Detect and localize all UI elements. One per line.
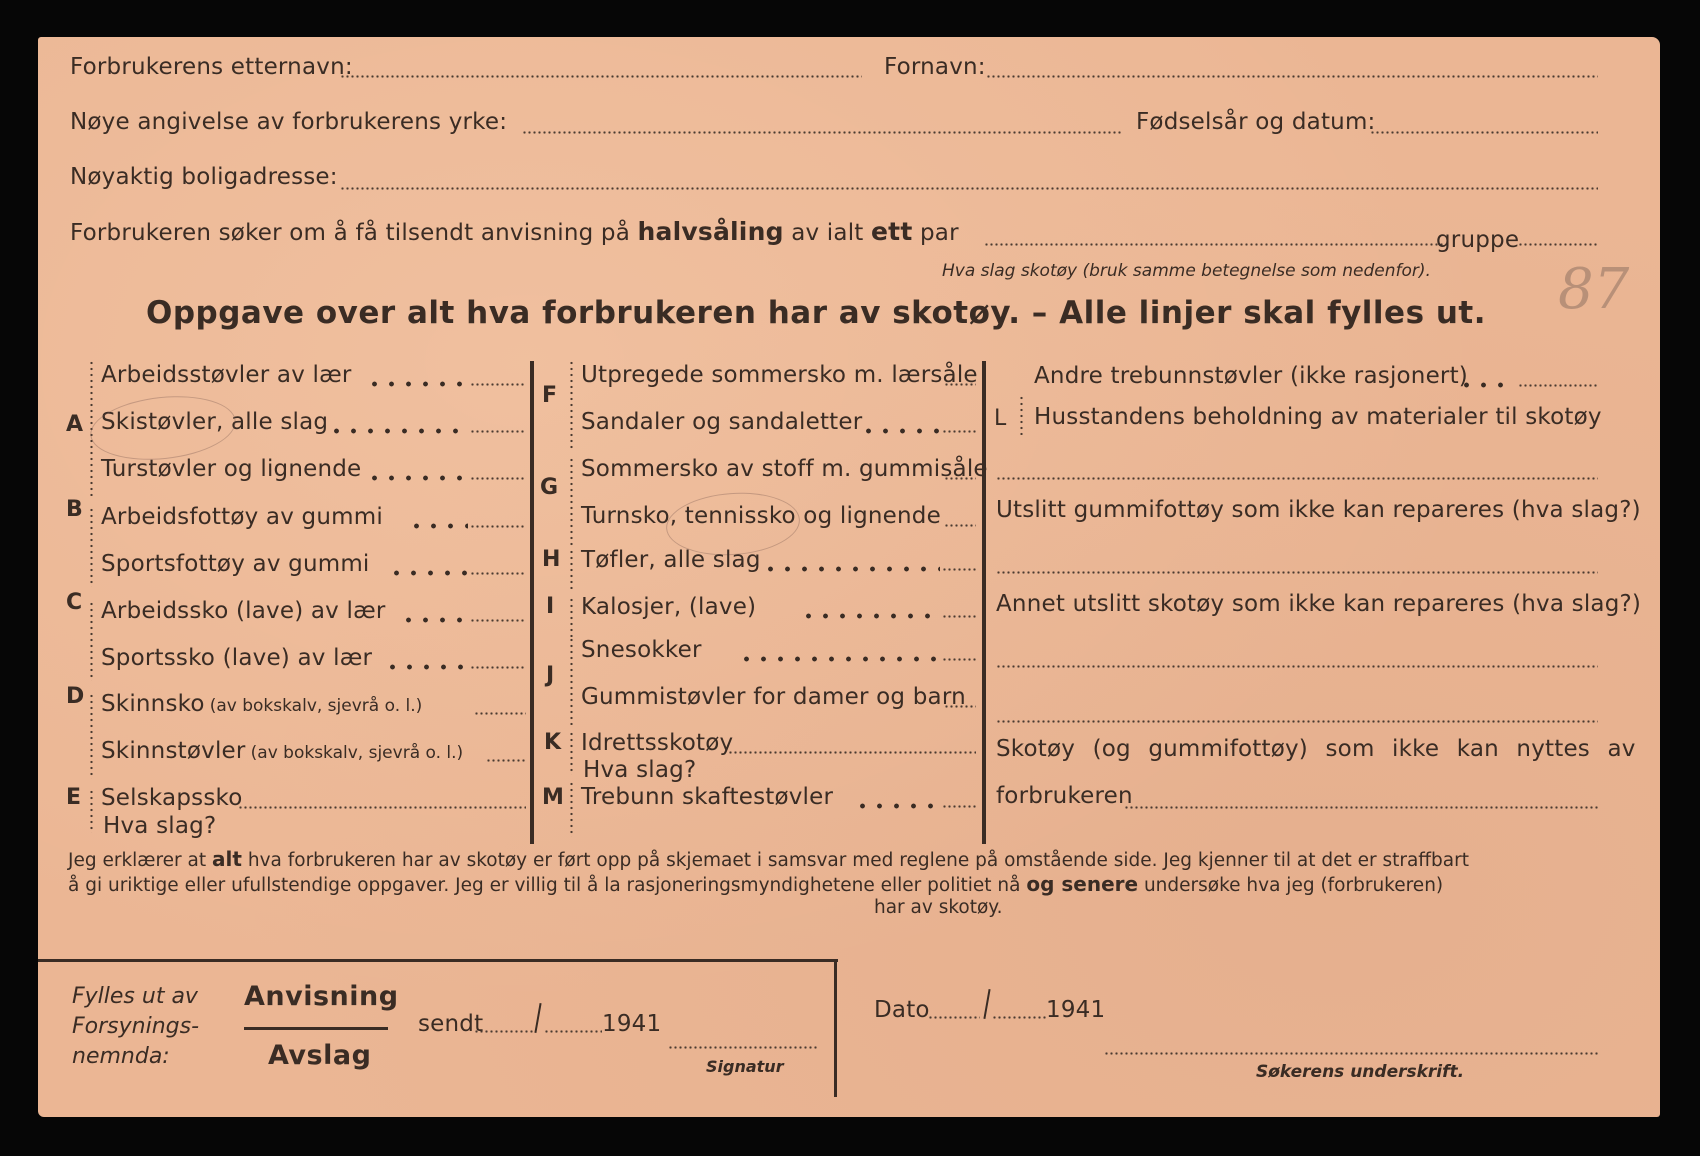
group-bracket-e (90, 789, 93, 833)
field-sandaler[interactable] (942, 430, 976, 433)
field-trebunn-skaftestovler[interactable] (942, 805, 976, 808)
field-sommersko-stoff[interactable] (944, 477, 976, 480)
rejected-option[interactable]: Avslag (268, 1040, 371, 1071)
office-label-line: Forsynings- (72, 1012, 232, 1042)
office-label-line: nemnda: (72, 1042, 232, 1072)
group-letter-c: C (66, 590, 82, 615)
field-skinnstovler[interactable] (486, 759, 526, 762)
group-bracket-k (570, 731, 573, 775)
group-letter-e: E (66, 785, 81, 810)
shoe-type-field[interactable] (984, 243, 1450, 246)
group-bracket-d (90, 693, 93, 779)
group-letter-l: L (994, 406, 1006, 431)
declaration-line-3: har av skotøy. (874, 897, 1003, 918)
group-letter-a: A (66, 412, 83, 437)
approved-rejected-divider (244, 1027, 388, 1030)
request-ett: ett (871, 217, 912, 246)
field-annet-utslitt-1[interactable] (996, 665, 1598, 668)
leader-dots (328, 428, 468, 434)
office-signature-field[interactable] (668, 1046, 818, 1049)
sent-month-field[interactable] (544, 1030, 602, 1033)
group-letter-g: G (540, 475, 558, 500)
birth-label: Fødselsår og datum: (1136, 109, 1376, 135)
sent-day-field[interactable] (474, 1030, 534, 1033)
item-trebunn-skaftestovler: Trebunn skaftestøvler (581, 784, 833, 810)
idrettsskotoy-hint: Hva slag? (583, 757, 696, 783)
declaration-text: å gi uriktige eller ufullstendige oppgav… (68, 875, 1020, 896)
leader-dots (400, 617, 468, 623)
leader-dots (366, 475, 466, 481)
leader-dots (800, 613, 940, 619)
field-husstandens-materialer[interactable] (996, 477, 1598, 480)
group-bracket-h (570, 549, 573, 589)
field-arbeidsstovler[interactable] (470, 383, 526, 386)
field-utslitt-gummifottoy[interactable] (996, 571, 1598, 574)
address-field[interactable] (340, 187, 1598, 190)
approved-option[interactable]: Anvisning (244, 981, 399, 1012)
item-skinnstovler-label: Skinnstøvler (101, 738, 246, 764)
group-letter-i: I (546, 594, 554, 619)
leader-dots (366, 381, 466, 387)
request-mid: av ialt (791, 220, 863, 246)
pencil-annotation: 87 (1558, 257, 1629, 322)
declaration-text: hva forbrukeren har av skotøy er ført op… (248, 850, 1469, 871)
leader-dots (388, 570, 468, 576)
item-ikke-nyttes: Skotøy (og gummifottøy) som ikke kan nyt… (996, 736, 1636, 762)
item-skinnstovler: Skinnstøvler (av bokskalv, sjevrå o. l.) (101, 738, 463, 764)
leader-dots (408, 523, 468, 529)
group-field[interactable] (1518, 243, 1598, 246)
field-ikke-nyttes[interactable] (1124, 806, 1598, 809)
field-sommersko-laer[interactable] (944, 383, 976, 386)
ration-form-card: Forbrukerens etternavn: Fornavn: Nøye an… (38, 37, 1660, 1117)
date-slash (983, 989, 990, 1019)
group-bracket-j (570, 637, 573, 725)
field-gummistovler[interactable] (944, 705, 976, 708)
item-andre-trebunnstovler: Andre trebunnstøvler (ikke rasjonert) (1034, 363, 1468, 389)
leader-dots (384, 664, 468, 670)
item-utslitt-gummifottoy: Utslitt gummifottøy som ikke kan reparer… (996, 497, 1641, 523)
pencil-circle (87, 390, 239, 467)
firstname-field[interactable] (986, 75, 1598, 78)
item-turstovler: Turstøvler og lignende (101, 456, 361, 482)
group-bracket-b (90, 507, 93, 587)
item-ikke-nyttes-2: forbrukeren (996, 783, 1133, 809)
item-skinnsko-label: Skinnsko (101, 691, 205, 717)
item-kalosjer: Kalosjer, (lave) (581, 594, 756, 620)
request-par: par (920, 220, 959, 246)
group-bracket-g (570, 457, 573, 547)
item-selskapssko: Selskapssko (101, 785, 242, 811)
office-box-top-border (38, 959, 838, 962)
group-letter-k: K (544, 730, 561, 755)
office-label: Fylles ut av Forsynings- nemnda: (72, 982, 232, 1072)
item-sportssko: Sportssko (lave) av lær (101, 645, 372, 671)
field-sportssko[interactable] (470, 666, 526, 669)
sent-year: 1941 (602, 1011, 661, 1037)
item-arbeidsfottoy: Arbeidsfottøy av gummi (101, 504, 383, 530)
occupation-label: Nøye angivelse av forbrukerens yrke: (70, 109, 507, 135)
item-tofler: Tøfler, alle slag (581, 547, 761, 573)
field-snesokker[interactable] (942, 658, 976, 661)
item-skinnsko: Skinnsko (av bokskalv, sjevrå o. l.) (101, 691, 422, 717)
column-divider-2 (982, 361, 986, 844)
date-slash (534, 1003, 541, 1033)
group-letter-j: J (546, 663, 554, 688)
item-snesokker: Snesokker (581, 637, 702, 663)
field-andre-trebunnstovler[interactable] (1518, 384, 1598, 387)
field-idrettsskotoy[interactable] (728, 751, 976, 754)
group-label: gruppe (1436, 227, 1519, 253)
date-day-field[interactable] (928, 1016, 980, 1019)
field-arbeidsfottoy[interactable] (470, 525, 526, 528)
office-signature-label: Signatur (706, 1057, 784, 1076)
request-hint: Hva slag skotøy (bruk samme betegnelse s… (942, 261, 1431, 281)
request-prefix: Forbrukeren søker om å få tilsendt anvis… (70, 220, 630, 246)
field-kalosjer[interactable] (942, 615, 976, 618)
occupation-field[interactable] (522, 131, 1122, 134)
field-skistovler[interactable] (470, 430, 526, 433)
sent-label: sendt (418, 1011, 483, 1037)
office-label-line: Fylles ut av (72, 982, 232, 1012)
field-sportsfottoy[interactable] (470, 572, 526, 575)
declaration-bold-og-senere: og senere (1026, 872, 1138, 896)
item-sommersko-laer: Utpregede sommersko m. lærsåle (581, 362, 978, 388)
declaration-text: Jeg erklærer at (68, 850, 206, 871)
group-letter-b: B (66, 497, 83, 522)
group-letter-d: D (66, 684, 84, 709)
address-label: Nøyaktig boligadresse: (70, 164, 338, 190)
applicant-signature-label: Søkerens underskrift. (1256, 1062, 1464, 1082)
leader-dots (860, 428, 940, 434)
field-turstovler[interactable] (470, 477, 526, 480)
column-divider-1 (530, 361, 534, 844)
group-bracket-c (90, 601, 93, 681)
field-selskapssko[interactable] (238, 806, 526, 809)
group-bracket-f (570, 360, 573, 450)
item-sommersko-stoff: Sommersko av stoff m. gummisåle (581, 456, 988, 482)
group-letter-h: H (542, 547, 560, 572)
item-sportsfottoy: Sportsfottøy av gummi (101, 551, 370, 577)
field-tofler[interactable] (942, 568, 976, 571)
date-year: 1941 (1046, 997, 1105, 1023)
item-arbeidssko: Arbeidssko (lave) av lær (101, 598, 386, 624)
selskapssko-hint: Hva slag? (103, 813, 216, 839)
surname-label: Forbrukerens etternavn: (70, 54, 353, 80)
item-arbeidsstovler: Arbeidsstøvler av lær (101, 362, 352, 388)
item-gummistovler: Gummistøvler for damer og barn (581, 684, 966, 710)
item-annet-utslitt: Annet utslitt skotøy som ikke kan repare… (996, 591, 1641, 617)
office-box-right-border (834, 959, 837, 1097)
declaration-line-1: Jeg erklærer at alt hva forbrukeren har … (68, 847, 1469, 871)
field-turnsko[interactable] (944, 524, 976, 527)
leader-dots (738, 656, 940, 662)
declaration-text: undersøke hva jeg (forbrukeren) (1144, 875, 1443, 896)
field-skinnsko[interactable] (474, 712, 526, 715)
declaration-line-2: å gi uriktige eller ufullstendige oppgav… (68, 872, 1443, 896)
date-label: Dato (874, 997, 930, 1023)
declaration-bold-alt: alt (212, 847, 242, 871)
leader-dots (762, 566, 940, 572)
group-bracket-l (1020, 395, 1023, 435)
group-letter-f: F (542, 383, 557, 408)
request-halvsaling: halvsåling (638, 217, 784, 246)
surname-field[interactable] (340, 75, 862, 78)
group-bracket-i (570, 597, 573, 637)
firstname-label: Fornavn: (884, 54, 986, 80)
applicant-signature-field[interactable] (1104, 1052, 1600, 1055)
group-letter-m: M (542, 785, 564, 810)
item-idrettsskotoy: Idrettsskotøy (581, 730, 733, 756)
item-skinnsko-note: (av bokskalv, sjevrå o. l.) (210, 696, 423, 716)
field-arbeidssko[interactable] (470, 619, 526, 622)
item-skinnstovler-note: (av bokskalv, sjevrå o. l.) (251, 743, 464, 763)
section-title: Oppgave over alt hva forbrukeren har av … (146, 295, 1486, 331)
item-husstandens-materialer: Husstandens beholdning av materialer til… (1034, 404, 1602, 430)
group-bracket-m (570, 781, 573, 837)
date-month-field[interactable] (992, 1016, 1046, 1019)
request-line: Forbrukeren søker om å få tilsendt anvis… (70, 217, 959, 246)
birth-field[interactable] (1370, 131, 1598, 134)
leader-dots (1458, 382, 1514, 388)
item-sandaler: Sandaler og sandaletter (581, 409, 862, 435)
field-annet-utslitt-2[interactable] (996, 720, 1598, 723)
leader-dots (854, 803, 940, 809)
